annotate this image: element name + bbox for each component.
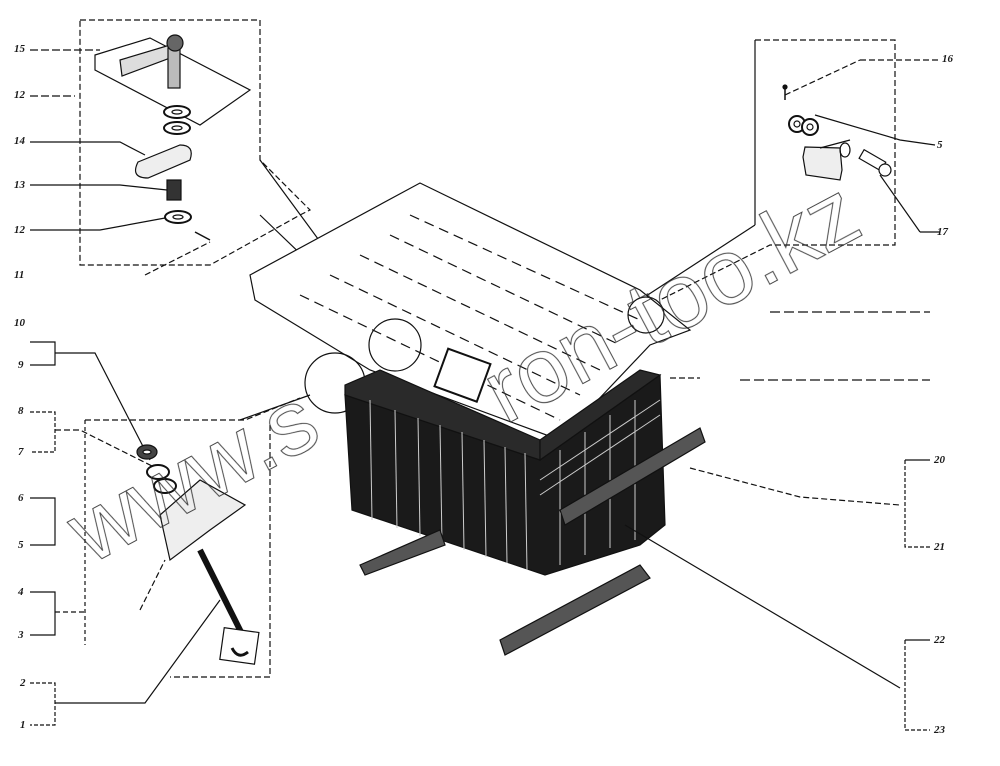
callout-label: 7 xyxy=(18,447,24,458)
callout-label: 13 xyxy=(14,180,25,191)
spring-part xyxy=(167,180,181,200)
callout-label: 8 xyxy=(18,406,24,417)
watermark-left-text: www.s xyxy=(51,368,334,583)
parts-diagram: www.s ron-too.kz xyxy=(0,0,1000,766)
callout-label: 12 xyxy=(14,90,25,101)
callout-label: 11 xyxy=(14,270,24,281)
callout-label: 15 xyxy=(14,44,25,55)
washer-bottom-top-left xyxy=(165,211,191,223)
mat-strip-left xyxy=(360,530,445,575)
callout-label: 22 xyxy=(934,635,945,646)
callout-label: 5 xyxy=(18,540,24,551)
latch-plate-part xyxy=(136,145,192,178)
callout-label: 21 xyxy=(934,542,945,553)
callout-label: 12 xyxy=(14,225,25,236)
callout-label: 23 xyxy=(934,725,945,736)
callout-label: 5 xyxy=(937,140,943,151)
hook-bolt-part xyxy=(200,550,259,664)
callout-label: 3 xyxy=(18,630,24,641)
pin-part xyxy=(859,150,891,176)
callout-label: 6 xyxy=(18,493,24,504)
callout-label: 9 xyxy=(18,360,24,371)
callout-label: 1 xyxy=(20,720,26,731)
callout-label: 14 xyxy=(14,136,25,147)
mat-strip-bottom xyxy=(500,565,650,655)
washer-pair-top-left xyxy=(164,106,190,134)
washer-pair-right xyxy=(789,116,818,135)
callout-label: 20 xyxy=(934,455,945,466)
callout-label: 2 xyxy=(20,678,26,689)
callout-label: 10 xyxy=(14,318,25,329)
callout-label: 16 xyxy=(942,54,953,65)
callout-label: 4 xyxy=(18,587,24,598)
callout-label: 17 xyxy=(937,227,948,238)
